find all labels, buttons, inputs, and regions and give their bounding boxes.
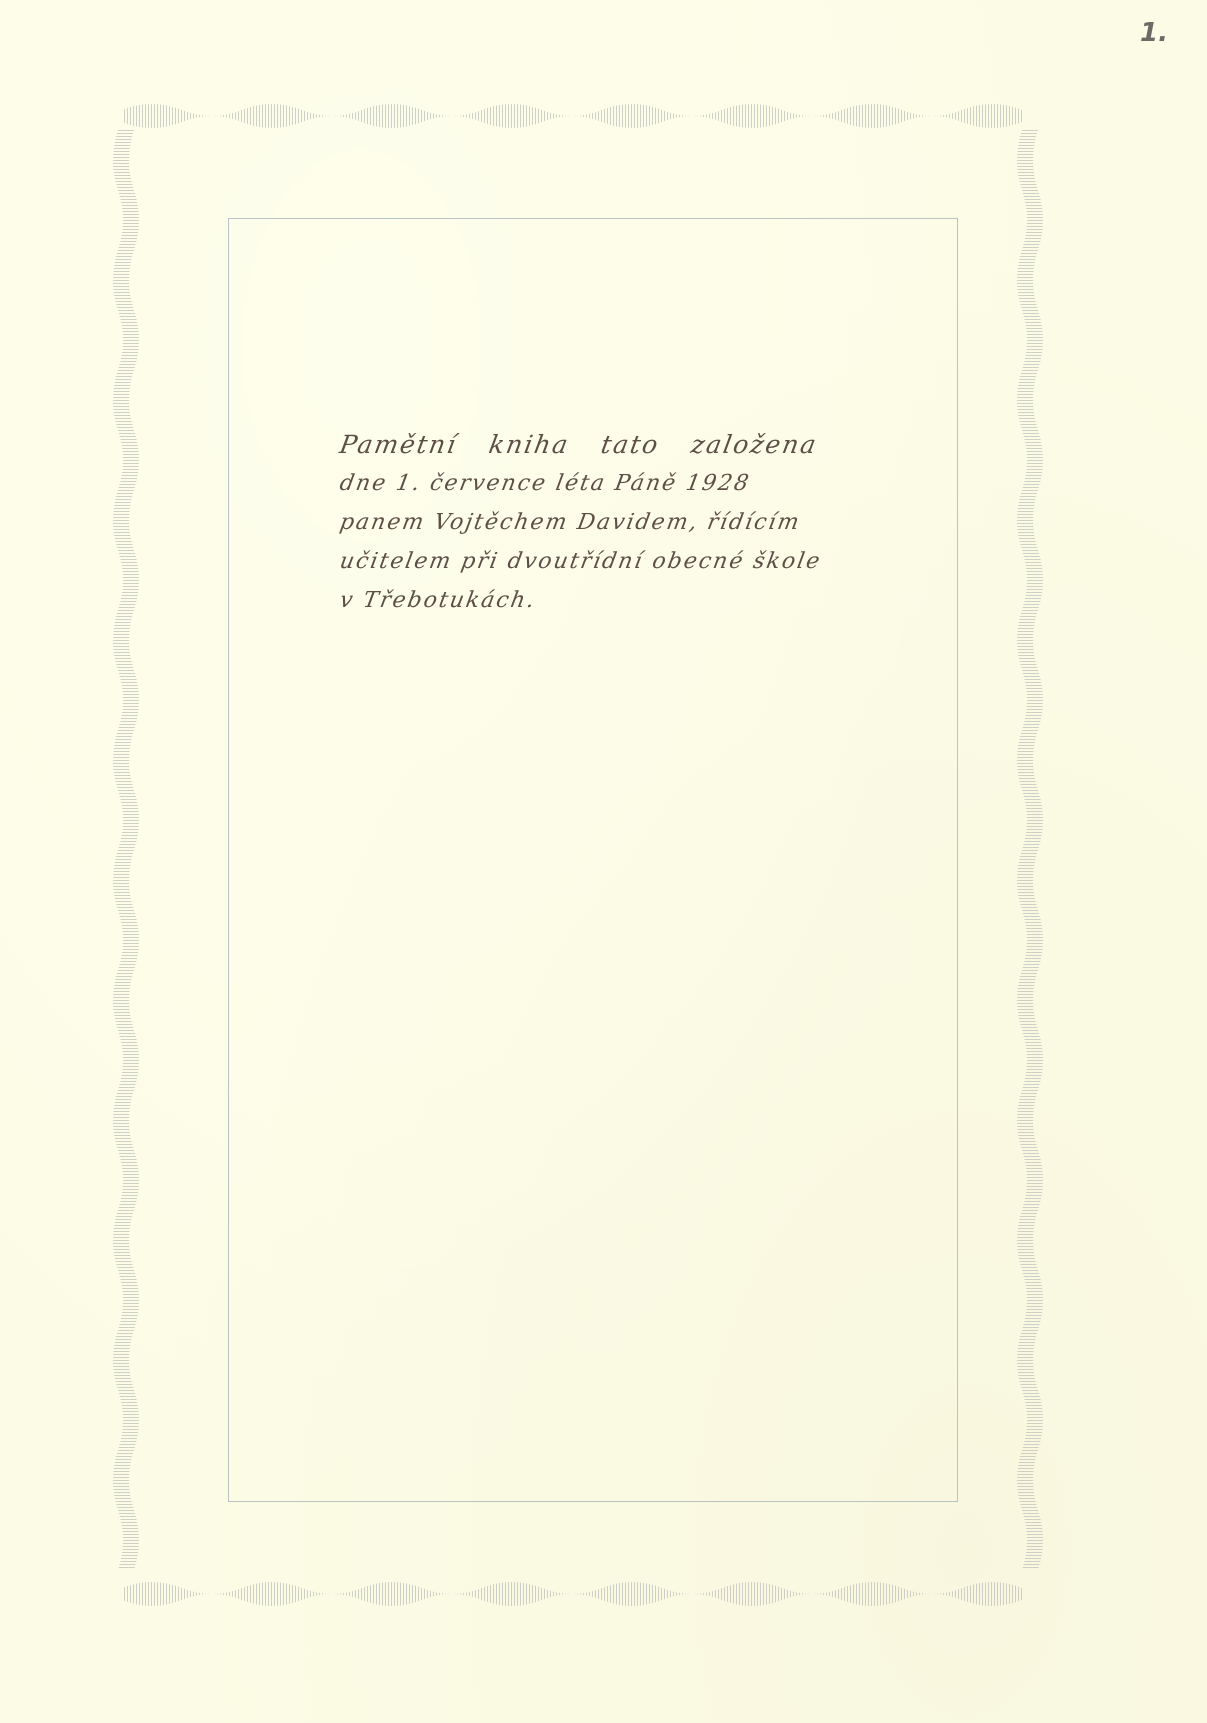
inscription-line: učitelem při dvoutřídní obecné škole	[337, 542, 864, 581]
inscription-line: Pamětní kniha tato založena	[337, 425, 864, 464]
document-page: 1. Pamětní knih	[0, 0, 1207, 1723]
inscription-line: dne 1. července léta Páně 1928	[337, 464, 864, 503]
inner-frame	[228, 218, 958, 1502]
handwritten-inscription: Pamětní kniha tato založena dne 1. červe…	[340, 425, 860, 620]
page-number: 1.	[1140, 18, 1168, 48]
inscription-line: v Třebotukách.	[337, 581, 864, 620]
inscription-line: panem Vojtěchem Davidem, řídícím	[337, 503, 864, 542]
